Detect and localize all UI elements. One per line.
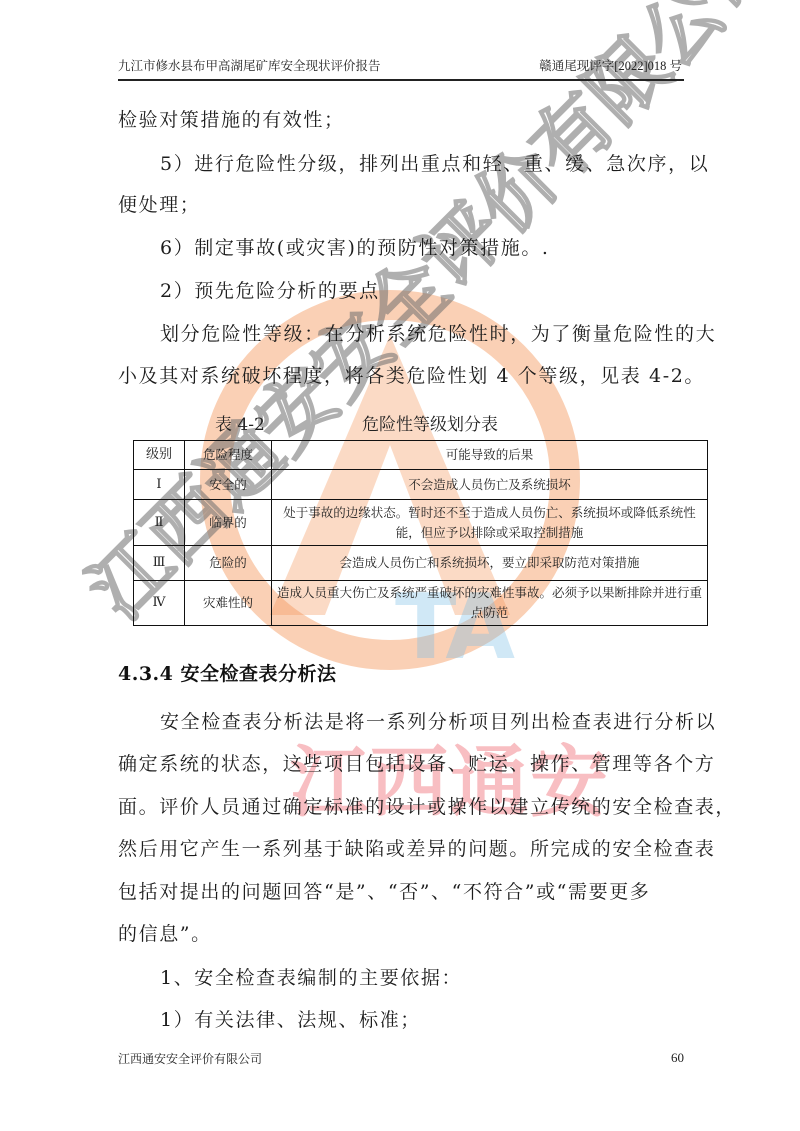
paragraph-continued: 确定系统的状态，这些项目包括设备、贮运、操作、管理等各个方 [118,755,688,774]
cell-level: Ⅲ [134,546,185,581]
cell-degree: 危险的 [185,546,272,581]
paragraph-continued: 的信息”。 [118,925,688,944]
document-page: TA 江西通安 江西通安安全评价有限公司 九江市修水县布甲高湖尾矿库安全现状评价… [0,0,800,1131]
page-footer: 江西通安安全评价有限公司 60 [118,1050,684,1067]
sub-heading: 2）预先危险分析的要点 [160,282,730,301]
cell-consequence: 不会造成人员伤亡及系统损坏 [272,470,708,500]
table-caption-number: 表 4-2 [215,410,265,435]
paragraph: 检验对策措施的有效性； [118,111,688,130]
cell-level: Ⅰ [134,470,185,500]
list-item: 6）制定事故(或灾害)的预防性对策措施。. [160,239,730,258]
table-row: Ⅲ 危险的 会造成人员伤亡和系统损坏，要立即采取防范对策措施 [134,546,708,581]
list-item-continued: 便处理； [118,196,688,215]
table-header-row: 级别 危险程度 可能导致的后果 [134,441,708,470]
list-title: 1、安全检查表编制的主要依据： [160,969,730,988]
paragraph-continued: 小及其对系统破坏程度，将各类危险性划 4 个等级，见表 4-2。 [118,367,688,386]
paragraph: 划分危险性等级：在分析系统危险性时，为了衡量危险性的大 [160,325,730,344]
header-rule [118,79,684,81]
column-header-consequence: 可能导致的后果 [272,441,708,470]
column-header-degree: 危险程度 [185,441,272,470]
cell-level: Ⅳ [134,581,185,626]
cell-degree: 安全的 [185,470,272,500]
page-header: 九江市修水县布甲高湖尾矿库安全现状评价报告 赣通尾现评字[2022]018 号 [118,54,682,76]
table-row: Ⅱ 临界的 处于事故的边缘状态。暂时还不至于造成人员伤亡、系统损坏或降低系统性能… [134,500,708,546]
section-heading: 4.3.4 安全检查表分析法 [118,659,337,686]
cell-consequence: 会造成人员伤亡和系统损坏，要立即采取防范对策措施 [272,546,708,581]
cell-degree: 临界的 [185,500,272,546]
risk-level-table: 级别 危险程度 可能导致的后果 Ⅰ 安全的 不会造成人员伤亡及系统损坏 Ⅱ 临界… [133,440,708,626]
cell-consequence: 处于事故的边缘状态。暂时还不至于造成人员伤亡、系统损坏或降低系统性能，但应予以排… [272,500,708,546]
paragraph-continued: 面。评价人员通过确定标准的设计或操作以建立传统的安全检查表， [118,798,688,817]
report-title: 九江市修水县布甲高湖尾矿库安全现状评价报告 [118,56,381,74]
cell-consequence: 造成人员重大伤亡及系统严重破坏的灾难性事故。必须予以果断排除并进行重点防范 [272,581,708,626]
table-row: Ⅳ 灾难性的 造成人员重大伤亡及系统严重破坏的灾难性事故。必须予以果断排除并进行… [134,581,708,626]
footer-company: 江西通安安全评价有限公司 [118,1052,262,1066]
document-number: 赣通尾现评字[2022]018 号 [539,56,682,74]
paragraph-continued: 然后用它产生一系列基于缺陷或差异的问题。所完成的安全检查表 [118,840,688,859]
table-caption-title: 危险性等级划分表 [362,410,498,435]
cell-level: Ⅱ [134,500,185,546]
paragraph: 安全检查表分析法是将一系列分析项目列出检查表进行分析以 [160,713,730,732]
page-number: 60 [671,1050,684,1066]
list-item: 1）有关法律、法规、标准； [160,1011,730,1030]
table-row: Ⅰ 安全的 不会造成人员伤亡及系统损坏 [134,470,708,500]
paragraph-continued: 包括对提出的问题回答“是”、“否”、“不符合”或“需要更多 [118,883,688,902]
column-header-level: 级别 [134,441,185,470]
cell-degree: 灾难性的 [185,581,272,626]
list-item: 5）进行危险性分级，排列出重点和轻、重、缓、急次序，以 [160,155,730,174]
